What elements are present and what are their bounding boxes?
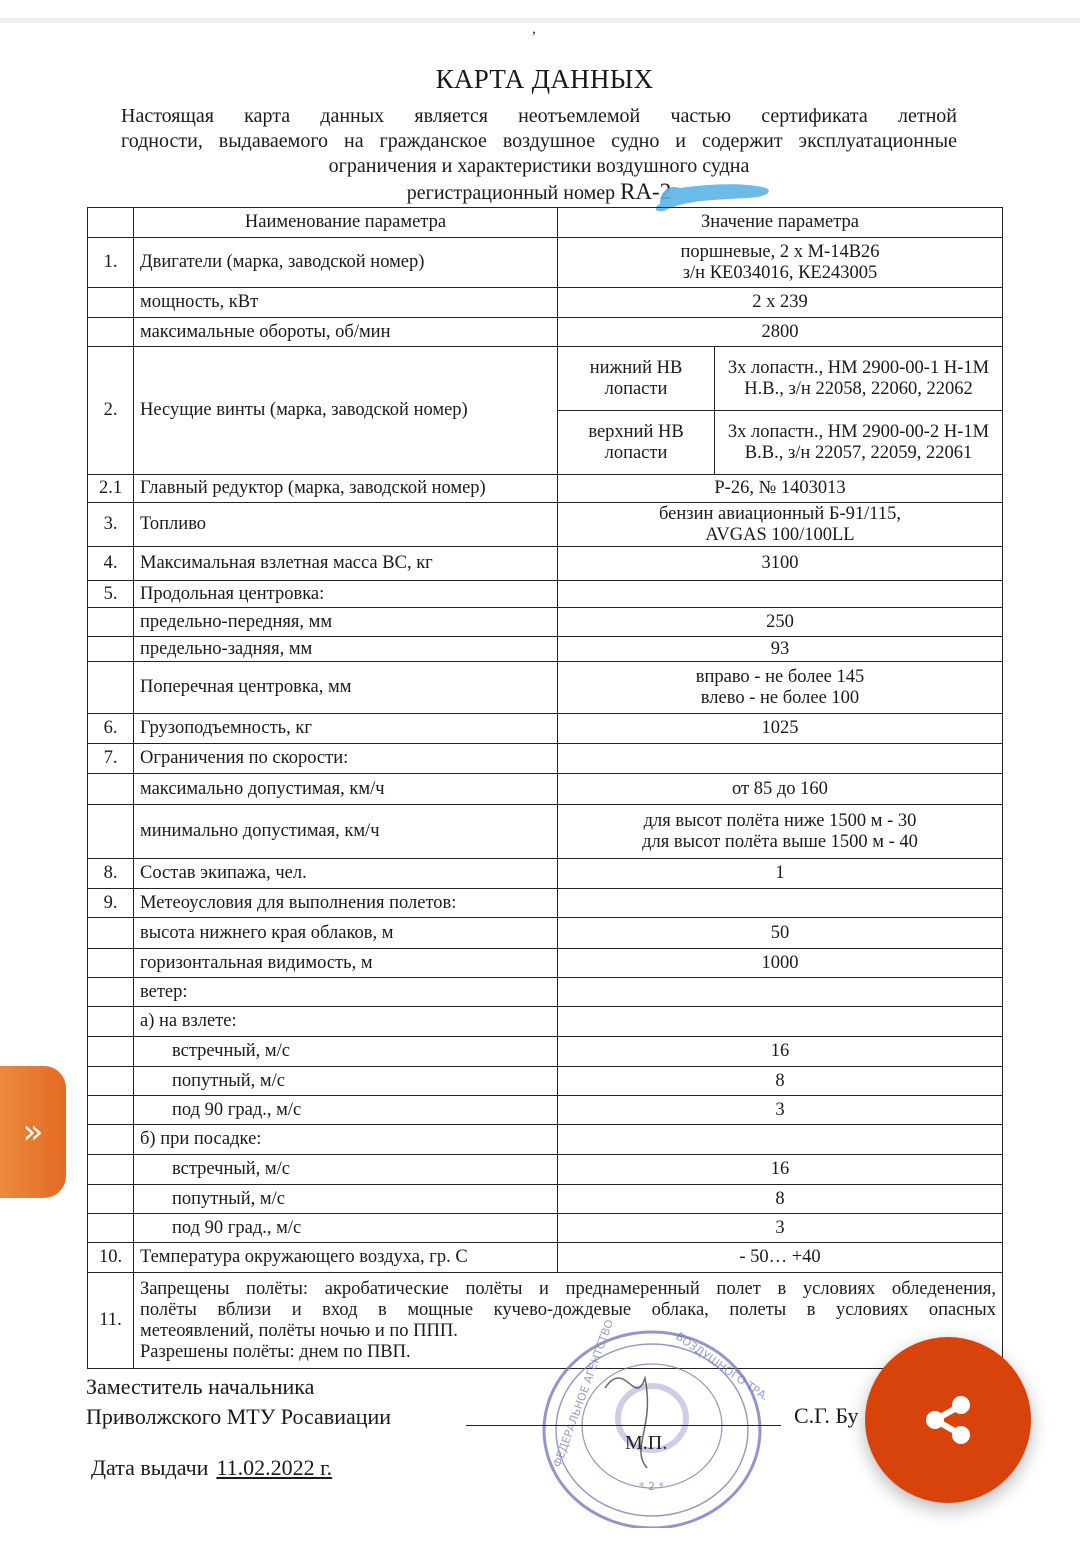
upper-rotor-label: верхний НВ лопасти: [558, 411, 715, 475]
row-value: 50: [558, 918, 1003, 949]
table-row: 10. Температура окружающего воздуха, гр.…: [88, 1243, 1003, 1273]
row-value: 3: [558, 1096, 1003, 1125]
row-value: Р-26, № 1403013: [558, 475, 1003, 503]
signature-line: [466, 1425, 781, 1426]
row-value: [558, 1007, 1003, 1037]
share-icon: [918, 1390, 978, 1450]
row-name: встречный, м/с: [134, 1155, 558, 1185]
table-row: 2.1 Главный редуктор (марка, заводской н…: [88, 475, 1003, 503]
table-row: 5. Продольная центровка:: [88, 581, 1003, 608]
row-value: 93: [558, 637, 1003, 662]
row-name: а) на взлете:: [134, 1007, 558, 1037]
signer-name: С.Г. Бу: [794, 1403, 859, 1429]
table-row: под 90 град., м/с 3: [88, 1096, 1003, 1125]
row-number: 6.: [88, 714, 134, 744]
row-name: Состав экипажа, чел.: [134, 859, 558, 889]
row-value: для высот полёта ниже 1500 м - 30 для вы…: [558, 805, 1003, 859]
table-row: ветер:: [88, 978, 1003, 1007]
row-value: 1: [558, 859, 1003, 889]
row-value: [558, 889, 1003, 918]
row-name: Температура окружающего воздуха, гр. С: [134, 1243, 558, 1273]
table-row: минимально допустимая, км/ч для высот по…: [88, 805, 1003, 859]
row-number: 2.1: [88, 475, 134, 503]
row-value: 8: [558, 1067, 1003, 1096]
table-row: попутный, м/с 8: [88, 1067, 1003, 1096]
table-row: 9. Метеоусловия для выполнения полетов:: [88, 889, 1003, 918]
row-name: попутный, м/с: [134, 1185, 558, 1214]
row-name: встречный, м/с: [134, 1037, 558, 1067]
row-number: 3.: [88, 503, 134, 547]
row-value: 250: [558, 608, 1003, 637]
row-name: Двигатели (марка, заводской номер): [134, 238, 558, 288]
row-number: 10.: [88, 1243, 134, 1273]
table-row: встречный, м/с 16: [88, 1037, 1003, 1067]
table-row: Поперечная центровка, мм вправо - не бол…: [88, 662, 1003, 714]
intro-line-3: ограничения и характеристики воздушного …: [121, 154, 957, 179]
row-value: 2800: [558, 318, 1003, 347]
table-row: горизонтальная видимость, м 1000: [88, 949, 1003, 978]
row-number: 11.: [88, 1273, 134, 1369]
header-name: Наименование параметра: [134, 208, 558, 238]
row-value: от 85 до 160: [558, 774, 1003, 805]
row-name: попутный, м/с: [134, 1067, 558, 1096]
row-value: 16: [558, 1037, 1003, 1067]
row-name: предельно-задняя, мм: [134, 637, 558, 662]
row-name: горизонтальная видимость, м: [134, 949, 558, 978]
svg-text:* 2 *: * 2 *: [639, 1480, 664, 1493]
table-header: Наименование параметра Значение параметр…: [88, 208, 1003, 238]
registration-label: регистрационный номер: [407, 182, 615, 204]
table-row: 8. Состав экипажа, чел. 1: [88, 859, 1003, 889]
row-value: поршневые, 2 х М-14В26 з/н КЕ034016, КЕ2…: [558, 238, 1003, 288]
row-name: максимальные обороты, об/мин: [134, 318, 558, 347]
row-value: - 50… +40: [558, 1243, 1003, 1273]
upper-rotor-value: 3х лопастн., НМ 2900-00-2 Н-1М В.В., з/н…: [715, 411, 1003, 475]
row-name: максимально допустимая, км/ч: [134, 774, 558, 805]
row-value: 3: [558, 1214, 1003, 1243]
row-number: 7.: [88, 744, 134, 774]
table-row: предельно-передняя, мм 250: [88, 608, 1003, 637]
row-value: 8: [558, 1185, 1003, 1214]
issue-date-label: Дата выдачи: [91, 1455, 208, 1480]
intro-line-1: Настоящая карта данных является неотъемл…: [121, 104, 957, 129]
document-intro: Настоящая карта данных является неотъемл…: [121, 104, 957, 206]
row-name: мощность, кВт: [134, 288, 558, 318]
row-name: Поперечная центровка, мм: [134, 662, 558, 714]
row-name: под 90 град., м/с: [134, 1096, 558, 1125]
row-name: минимально допустимая, км/ч: [134, 805, 558, 859]
table-row: под 90 град., м/с 3: [88, 1214, 1003, 1243]
table-row: предельно-задняя, мм 93: [88, 637, 1003, 662]
row-value: 1000: [558, 949, 1003, 978]
row-name: б) при посадке:: [134, 1125, 558, 1155]
top-separator: [0, 18, 1080, 23]
row-value: [558, 1125, 1003, 1155]
row-name: Грузоподъемность, кг: [134, 714, 558, 744]
row-value: бензин авиационный Б-91/115, AVGAS 100/1…: [558, 503, 1003, 547]
share-button[interactable]: [865, 1337, 1031, 1503]
table-row: 4. Максимальная взлетная масса ВС, кг 31…: [88, 547, 1003, 581]
table-row: 6. Грузоподъемность, кг 1025: [88, 714, 1003, 744]
row-value: [558, 581, 1003, 608]
row-name: Ограничения по скорости:: [134, 744, 558, 774]
table-row: а) на взлете:: [88, 1007, 1003, 1037]
row-name: предельно-передняя, мм: [134, 608, 558, 637]
row-name: Максимальная взлетная масса ВС, кг: [134, 547, 558, 581]
row-value: 16: [558, 1155, 1003, 1185]
row-name: Несущие винты (марка, заводской номер): [134, 347, 558, 475]
row-value: [558, 978, 1003, 1007]
svg-text:ФЕДЕРАЛЬНОЕ АГЕНТСТВО: ФЕДЕРАЛЬНОЕ АГЕНТСТВО: [551, 1318, 617, 1469]
row-value: вправо - не более 145 влево - не более 1…: [558, 662, 1003, 714]
table-row: попутный, м/с 8: [88, 1185, 1003, 1214]
row-name: ветер:: [134, 978, 558, 1007]
table-row: 2. Несущие винты (марка, заводской номер…: [88, 347, 1003, 411]
table-row: максимально допустимая, км/ч от 85 до 16…: [88, 774, 1003, 805]
side-expand-tab[interactable]: »: [0, 1066, 66, 1198]
table-row: мощность, кВт 2 х 239: [88, 288, 1003, 318]
row-number: 4.: [88, 547, 134, 581]
signatory-position: Заместитель начальника Приволжского МТУ …: [86, 1372, 391, 1432]
row-number: 1.: [88, 238, 134, 288]
table-row: 1. Двигатели (марка, заводской номер) по…: [88, 238, 1003, 288]
row-name: Топливо: [134, 503, 558, 547]
row-value: 3100: [558, 547, 1003, 581]
table-row: высота нижнего края облаков, м 50: [88, 918, 1003, 949]
row-value: 2 х 239: [558, 288, 1003, 318]
stamp-mark: М.П.: [625, 1432, 667, 1455]
row-value: [558, 744, 1003, 774]
document-title: КАРТА ДАННЫХ: [0, 64, 1080, 95]
row-number: 2.: [88, 347, 134, 475]
data-card-table: Наименование параметра Значение параметр…: [87, 207, 1003, 1369]
row-number: 5.: [88, 581, 134, 608]
scan-mark: ,: [532, 20, 536, 38]
row-name: высота нижнего края облаков, м: [134, 918, 558, 949]
table-row: б) при посадке:: [88, 1125, 1003, 1155]
row-name: под 90 град., м/с: [134, 1214, 558, 1243]
row-number: 9.: [88, 889, 134, 918]
table-row: 7. Ограничения по скорости:: [88, 744, 1003, 774]
table-row: 3. Топливо бензин авиационный Б-91/115, …: [88, 503, 1003, 547]
registration-line: регистрационный номер RA-2: [121, 179, 957, 206]
row-number: 8.: [88, 859, 134, 889]
lower-rotor-value: 3х лопастн., НМ 2900-00-1 Н-1М Н.В., з/н…: [715, 347, 1003, 411]
row-name: Продольная центровка:: [134, 581, 558, 608]
row-value: 1025: [558, 714, 1003, 744]
official-stamp: ФЕДЕРАЛЬНОЕ АГЕНТСТВО ВОЗДУШНОГО ТРАНСПО…: [535, 1318, 765, 1528]
row-name: Метеоусловия для выполнения полетов:: [134, 889, 558, 918]
double-chevron-right-icon: »: [23, 1112, 44, 1152]
table-row: максимальные обороты, об/мин 2800: [88, 318, 1003, 347]
issue-date-line: Дата выдачи11.02.2022 г.: [91, 1455, 332, 1481]
intro-line-2: годности, выдаваемого на гражданское воз…: [121, 129, 957, 154]
lower-rotor-label: нижний НВ лопасти: [558, 347, 715, 411]
row-name: Главный редуктор (марка, заводской номер…: [134, 475, 558, 503]
issue-date: 11.02.2022 г.: [216, 1455, 332, 1480]
header-value: Значение параметра: [558, 208, 1003, 238]
table-row: встречный, м/с 16: [88, 1155, 1003, 1185]
